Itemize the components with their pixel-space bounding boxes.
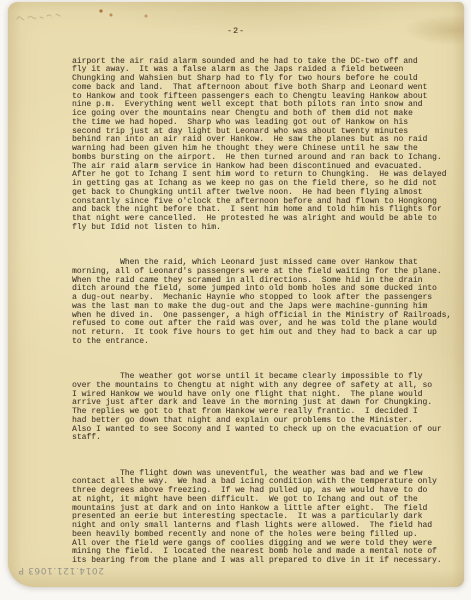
pencil-scribble-icon [14, 10, 66, 24]
catalog-inscription: 2014.121.1063 P [18, 565, 104, 575]
page-number: -2- [8, 26, 464, 36]
letter-body: airport the air raid alarm sounded and h… [72, 40, 451, 592]
paragraph: The weather got worse until it became cl… [72, 373, 451, 443]
paper: -2- airport the air raid alarm sounded a… [8, 2, 464, 587]
paragraph: The flight down was uneventful, the weat… [72, 470, 451, 566]
document-scan: -2- airport the air raid alarm sounded a… [0, 0, 471, 600]
paragraph: airport the air raid alarm sounded and h… [72, 58, 451, 233]
paragraph: When the raid, which Leonard just missed… [72, 259, 451, 347]
